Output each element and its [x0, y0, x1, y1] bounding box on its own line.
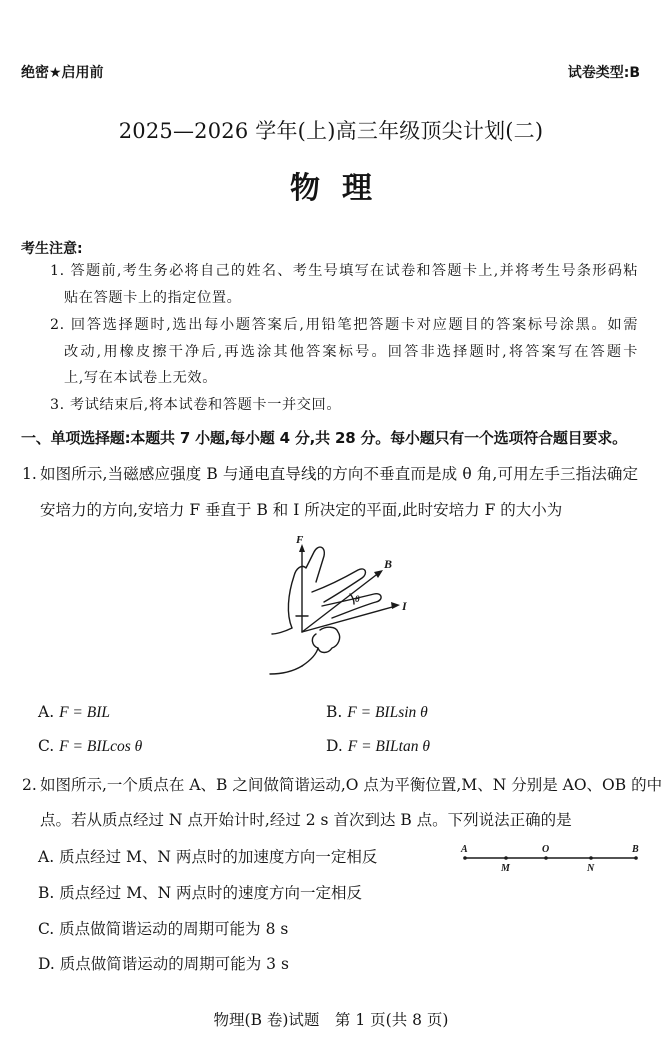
left-hand-rule-figure: F B I θ: [262, 534, 412, 684]
notice-item-1-line-1: 1. 答题前,考生务必将自己的姓名、考生号填写在试卷和答题卡上,并将考生号条形码…: [50, 262, 638, 280]
force-label: F: [295, 534, 304, 546]
question-1-option-b[interactable]: B. F = BILsin θ: [326, 702, 428, 723]
subject-title: 物理: [0, 170, 662, 208]
question-1-stem-line-2: 安培力的方向,安培力 F 垂直于 B 和 I 所决定的平面,此时安培力 F 的大…: [40, 500, 562, 520]
question-1-option-d[interactable]: D. F = BILtan θ: [326, 736, 430, 757]
page-footer: 物理(B 卷)试题 第 1 页(共 8 页): [0, 1010, 662, 1030]
question-2-option-b[interactable]: B. 质点经过 M、N 两点时的速度方向一定相反: [38, 883, 362, 903]
notice-item-3-line-1: 3. 考试结束后,将本试卷和答题卡一并交回。: [50, 396, 341, 414]
section-heading: 一、单项选择题:本题共 7 小题,每小题 4 分,共 28 分。每小题只有一个选…: [21, 428, 627, 448]
question-2-option-d[interactable]: D. 质点做简谐运动的周期可能为 3 s: [38, 954, 289, 974]
current-arrowhead-icon: [391, 602, 400, 609]
exam-title: 2025—2026 学年(上)高三年级顶尖计划(二): [0, 118, 662, 144]
notice-heading: 考生注意:: [21, 240, 83, 258]
point-o-label: O: [542, 844, 549, 855]
question-2-option-c[interactable]: C. 质点做简谐运动的周期可能为 8 s: [38, 919, 288, 939]
point-n-label: N: [586, 863, 595, 874]
notice-item-1-line-2: 贴在答题卡上的指定位置。: [64, 289, 241, 307]
notice-item-2-line-3: 上,写在本试卷上无效。: [64, 369, 217, 387]
angle-label: θ: [355, 594, 360, 604]
question-2-number: 2.: [22, 775, 37, 795]
question-1-number: 1.: [22, 464, 37, 484]
question-2-stem-line-2: 点。若从质点经过 N 点开始计时,经过 2 s 首次到达 B 点。下列说法正确的…: [40, 810, 572, 830]
question-1-stem-line-1: 如图所示,当磁感应强度 B 与通电直导线的方向不垂直而是成 θ 角,可用左手三指…: [40, 464, 638, 484]
notice-item-2-line-1: 2. 回答选择题时,选出每小题答案后,用铅笔把答题卡对应题目的答案标号涂黑。如需: [50, 316, 638, 334]
current-label: I: [401, 599, 408, 613]
point-a-label: A: [460, 844, 468, 855]
number-line-figure: A O B M N: [455, 838, 650, 876]
field-label: B: [383, 557, 392, 571]
question-2-stem-line-1: 如图所示,一个质点在 A、B 之间做简谐运动,O 点为平衡位置,M、N 分别是 …: [40, 775, 640, 795]
question-1-option-a[interactable]: A. F = BIL: [38, 702, 110, 723]
point-m-label: M: [500, 863, 511, 874]
confidential-label: 绝密★启用前: [21, 64, 104, 82]
question-1-option-c[interactable]: C. F = BILcos θ: [38, 736, 142, 757]
notice-item-2-line-2: 改动,用橡皮擦干净后,再选涂其他答案标号。回答非选择题时,将答案写在答题卡: [64, 343, 638, 361]
paper-type-label: 试卷类型:B: [568, 64, 640, 82]
field-arrowhead-icon: [374, 570, 383, 578]
point-b-label: B: [631, 844, 639, 855]
question-2-option-a[interactable]: A. 质点经过 M、N 两点时的加速度方向一定相反: [38, 847, 377, 867]
